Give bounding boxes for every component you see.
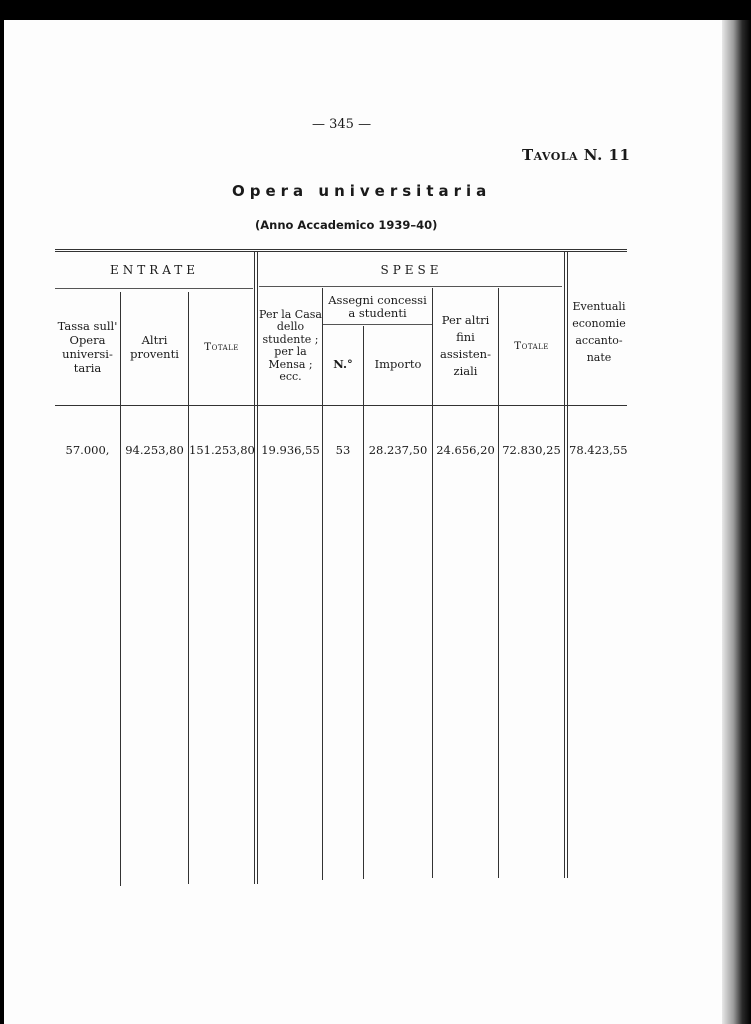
- group-header-spese: SPESE: [259, 255, 564, 285]
- col-header-casa-mensa: Per la Casa dello studente ; per la Mens…: [259, 290, 322, 402]
- col-header-totale-spese: Totale: [499, 290, 564, 402]
- cell-economie: 78.423,55: [569, 443, 627, 457]
- col-header-economie: Eventuali economie accanto-nate: [569, 282, 629, 382]
- col-header-altri-proventi: Altri proventi: [121, 292, 188, 402]
- table-top-rule: [55, 249, 627, 252]
- header-bottom-rule: [55, 405, 627, 406]
- cell-casa-mensa: 19.936,55: [259, 443, 322, 457]
- col-divider: [363, 326, 364, 879]
- cell-altri-fini: 24.656,20: [433, 443, 498, 457]
- page-number: — 345 —: [312, 117, 371, 132]
- cell-assegni-importo: 28.237,50: [364, 443, 432, 457]
- group-header-entrate: ENTRATE: [55, 255, 254, 285]
- cell-assegni-n: 53: [323, 443, 363, 457]
- col-header-assegni-n: N.°: [323, 326, 363, 402]
- col-header-assegni: Assegni concessi a studenti: [323, 290, 432, 324]
- section-divider: [564, 252, 568, 878]
- assegni-subgroup-rule: [322, 324, 432, 325]
- cell-totale-spese: 72.830,25: [499, 443, 564, 457]
- section-divider: [254, 252, 258, 884]
- entrate-group-rule: [55, 288, 253, 289]
- spese-group-rule: [259, 286, 562, 287]
- col-header-tassa: Tassa sull' Opera universi-taria: [55, 292, 120, 402]
- cell-altri-proventi: 94.253,80: [121, 443, 188, 457]
- col-header-altri-fini: Per altri fini assisten-ziali: [433, 290, 498, 402]
- col-header-assegni-importo: Importo: [364, 326, 432, 402]
- table-label: Tavola N. 11: [522, 146, 630, 164]
- page-edge-shadow: [722, 20, 751, 1024]
- document-subtitle: (Anno Accademico 1939–40): [255, 218, 437, 232]
- scanned-page: [4, 20, 726, 1024]
- col-header-totale-entrate: Totale: [189, 292, 254, 402]
- cell-totale-entrate: 151.253,80: [189, 443, 254, 457]
- document-title: Opera universitaria: [232, 182, 491, 200]
- cell-tassa: 57.000,: [55, 443, 120, 457]
